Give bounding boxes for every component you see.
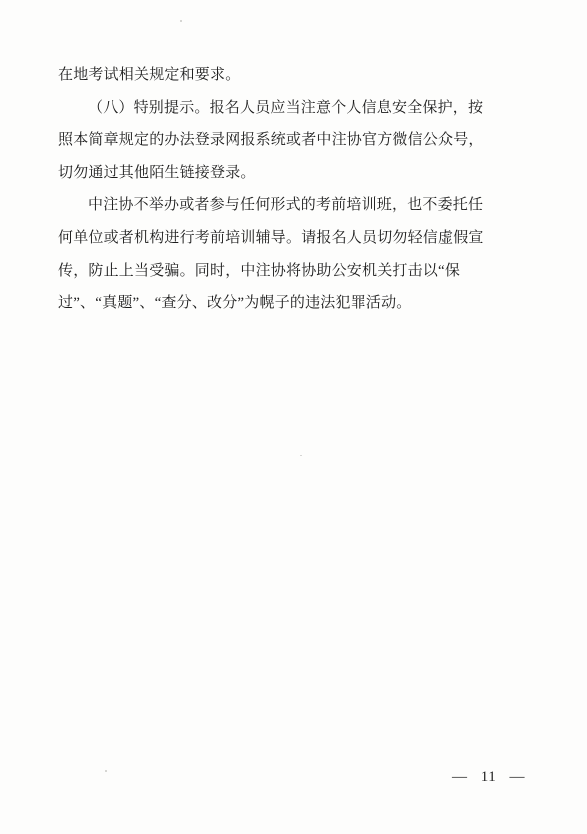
text-line: 照本简章规定的办法登录网报系统或者中注协官方微信公众号， — [58, 124, 492, 157]
text-line: 在地考试相关规定和要求。 — [58, 59, 492, 92]
text-line: 传，防止上当受骗。同时，中注协将协助公安机关打击以“保 — [58, 255, 492, 288]
scan-speck — [105, 770, 107, 772]
paragraph: （八）特别提示。报名人员应当注意个人信息安全保护，按照本简章规定的办法登录网报系… — [58, 92, 492, 190]
scan-speck — [180, 20, 182, 22]
page-number: — 11 — — [452, 770, 525, 785]
paragraph: 中注协不举办或者参与任何形式的考前培训班，也不委托任何单位或者机构进行考前培训辅… — [58, 189, 492, 319]
text-line: 过”、“真题”、“查分、改分”为幌子的违法犯罪活动。 — [58, 287, 492, 320]
paragraphs-container: 在地考试相关规定和要求。（八）特别提示。报名人员应当注意个人信息安全保护，按照本… — [58, 59, 492, 320]
scan-speck — [300, 455, 302, 456]
text-line: 何单位或者机构进行考前培训辅导。请报名人员切勿轻信虚假宣 — [58, 222, 492, 255]
text-line: 中注协不举办或者参与任何形式的考前培训班，也不委托任 — [58, 189, 492, 222]
document-page: 在地考试相关规定和要求。（八）特别提示。报名人员应当注意个人信息安全保护，按照本… — [0, 0, 587, 834]
text-line: 切勿通过其他陌生链接登录。 — [58, 157, 492, 190]
paragraph: 在地考试相关规定和要求。 — [58, 59, 492, 92]
text-line: （八）特别提示。报名人员应当注意个人信息安全保护，按 — [58, 92, 492, 125]
